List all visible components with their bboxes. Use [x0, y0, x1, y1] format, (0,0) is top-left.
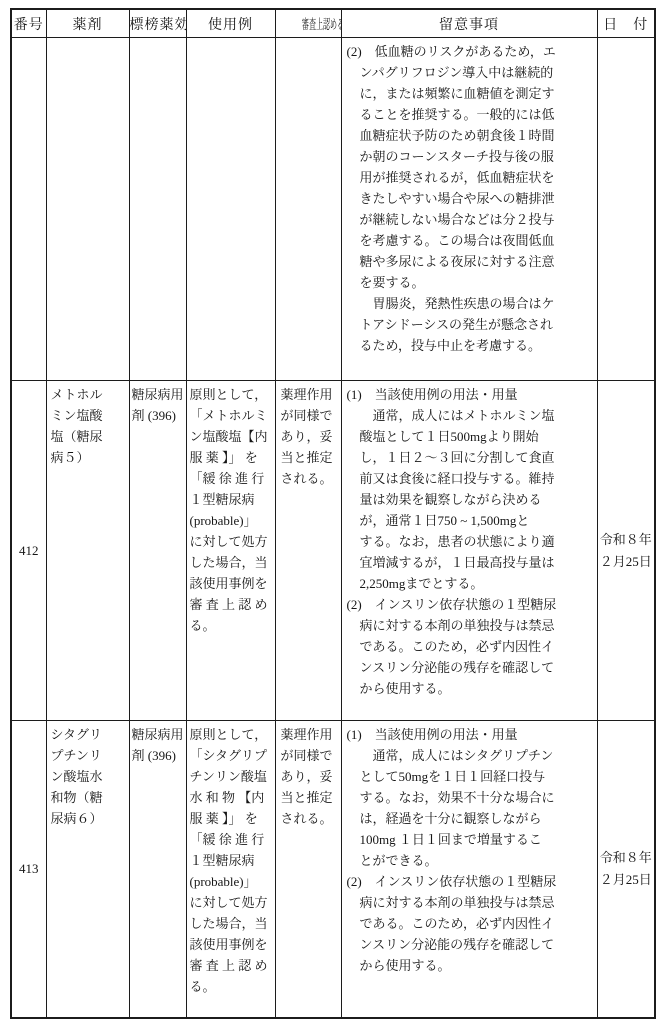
cell-drug — [46, 38, 129, 381]
drug-review-table: 番号 薬剤 標榜薬効 使用例 審査上認める根拠 留意事項 日 付 (2) 低血糖… — [10, 8, 656, 1019]
cell-notes: (2) 低血糖のリスクがあるため，エ ンパグリフロジン導入中は継続的 に，または… — [341, 38, 597, 381]
cell-usage-example — [186, 38, 275, 381]
cell-approval-rationale: 薬理作用 が同様で あり，妥 当と推定 される。 — [275, 381, 341, 721]
cell-date: 令和８年 ２月25日 — [597, 721, 655, 1018]
cell-drug: シタグリ プチンリ ン酸塩水 和物（糖 尿病６） — [46, 721, 129, 1018]
cell-approval-rationale: 薬理作用 が同様で あり，妥 当と推定 される。 — [275, 721, 341, 1018]
cell-number — [11, 38, 46, 381]
table-row-412: 412 メトホル ミン塩酸 塩（糖尿 病５） 糖尿病用 剤 (396) 原則とし… — [11, 381, 655, 721]
header-drug: 薬剤 — [46, 9, 129, 38]
cell-date — [597, 38, 655, 381]
cell-date: 令和８年 ２月25日 — [597, 381, 655, 721]
cell-usage-example: 原則として， 「メトホルミ ン塩酸塩【内 服 薬 】」 を 「緩 徐 進 行 １… — [186, 381, 275, 721]
table-header-row: 番号 薬剤 標榜薬効 使用例 審査上認める根拠 留意事項 日 付 — [11, 9, 655, 38]
cell-efficacy — [129, 38, 186, 381]
cell-number: 412 — [11, 381, 46, 721]
header-labeled-efficacy: 標榜薬効 — [129, 9, 186, 38]
cell-notes: (1) 当該使用例の用法・用量 通常，成人にはシタグリプチン として50mgを１… — [341, 721, 597, 1018]
cell-usage-example: 原則として， 「シタグリプ チンリン酸塩 水 和 物 【内 服 薬 】」 を 「… — [186, 721, 275, 1018]
cell-efficacy: 糖尿病用 剤 (396) — [129, 381, 186, 721]
table-row-continuation: (2) 低血糖のリスクがあるため，エ ンパグリフロジン導入中は継続的 に，または… — [11, 38, 655, 381]
header-notes: 留意事項 — [341, 9, 597, 38]
header-usage-example: 使用例 — [186, 9, 275, 38]
header-approval-rationale: 審査上認める根拠 — [275, 9, 341, 38]
header-date: 日 付 — [597, 9, 655, 38]
cell-notes: (1) 当該使用例の用法・用量 通常，成人にはメトホルミン塩 酸塩として１日50… — [341, 381, 597, 721]
table-row-413: 413 シタグリ プチンリ ン酸塩水 和物（糖 尿病６） 糖尿病用 剤 (396… — [11, 721, 655, 1018]
cell-number: 413 — [11, 721, 46, 1018]
cell-approval-rationale — [275, 38, 341, 381]
cell-efficacy: 糖尿病用 剤 (396) — [129, 721, 186, 1018]
cell-drug: メトホル ミン塩酸 塩（糖尿 病５） — [46, 381, 129, 721]
header-number: 番号 — [11, 9, 46, 38]
